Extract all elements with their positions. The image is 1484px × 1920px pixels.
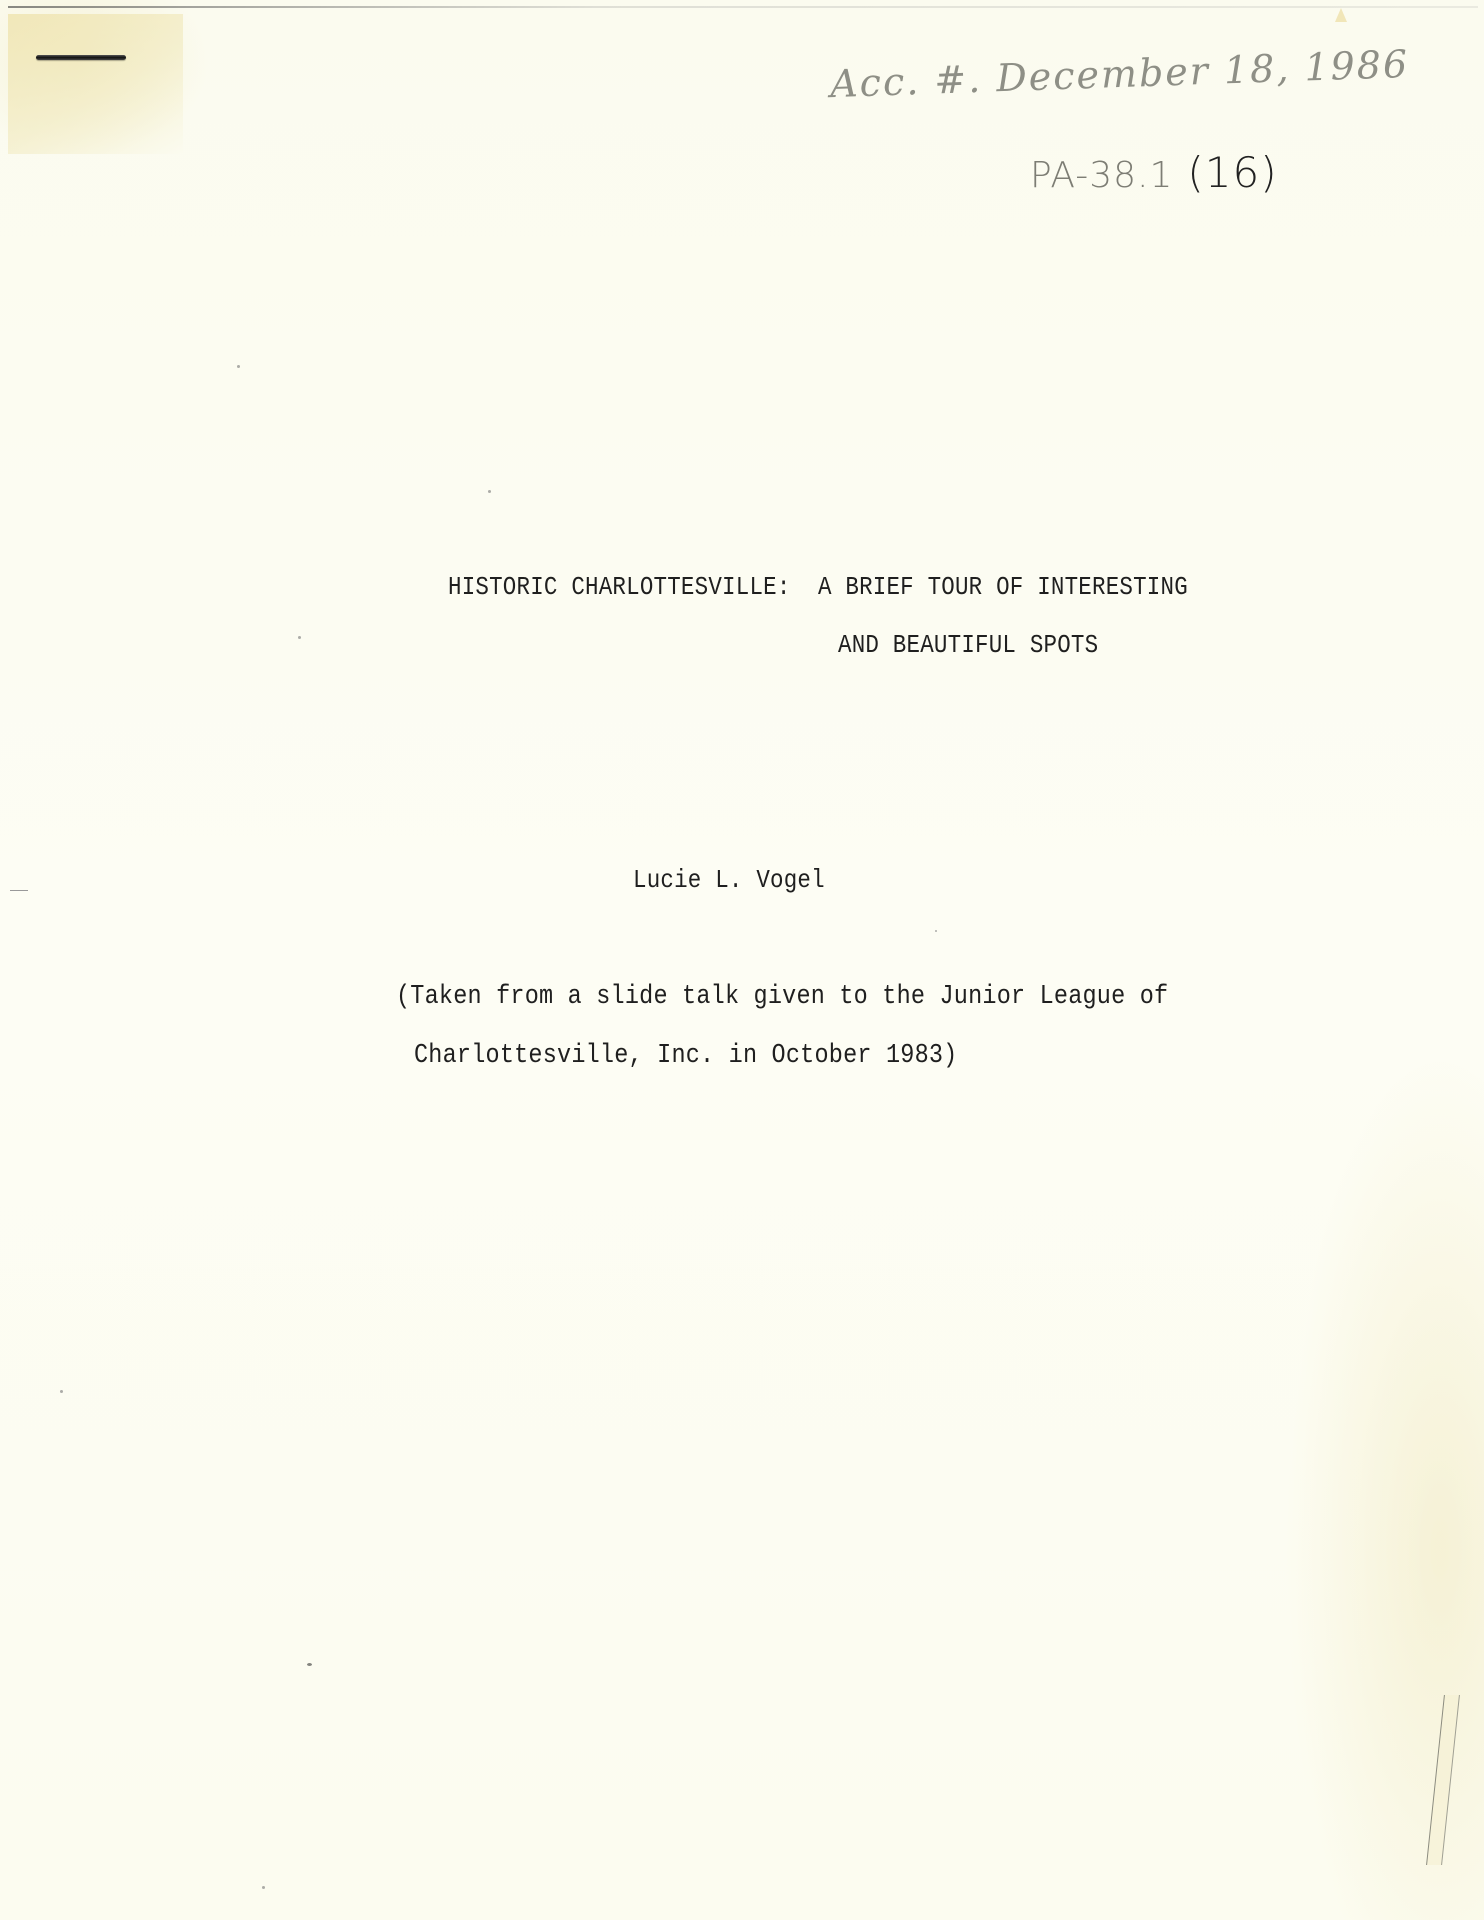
title-line-2: AND BEAUTIFUL SPOTS: [838, 630, 1098, 660]
torn-corner-icon: [1335, 8, 1347, 22]
speck: [237, 365, 240, 368]
page-top-edge: [8, 6, 1478, 8]
reference-number: (16): [1187, 148, 1277, 197]
reference-annotation: PA-38.1(16): [1030, 148, 1278, 197]
speck: [262, 1886, 265, 1889]
speck: [298, 636, 301, 639]
accession-annotation: Acc. #. December 18, 1986: [829, 42, 1409, 106]
margin-mark: [10, 890, 28, 891]
reference-code: PA-38.1: [1030, 155, 1173, 196]
title-line-1: HISTORIC CHARLOTTESVILLE: A BRIEF TOUR O…: [448, 572, 1188, 602]
speck: [935, 930, 937, 932]
scanned-page: Acc. #. December 18, 1986 PA-38.1(16) HI…: [0, 0, 1484, 1920]
speck: [488, 490, 491, 493]
source-note-line-1: (Taken from a slide talk given to the Ju…: [396, 981, 1168, 1012]
author: Lucie L. Vogel: [633, 865, 825, 895]
speck: [307, 1663, 312, 1666]
speck: [60, 1390, 63, 1393]
staple-icon: [36, 55, 126, 60]
source-note-line-2: Charlottesville, Inc. in October 1983): [414, 1040, 958, 1071]
tape-stain: [8, 14, 183, 154]
paper-tear-icon: [1426, 1695, 1460, 1865]
